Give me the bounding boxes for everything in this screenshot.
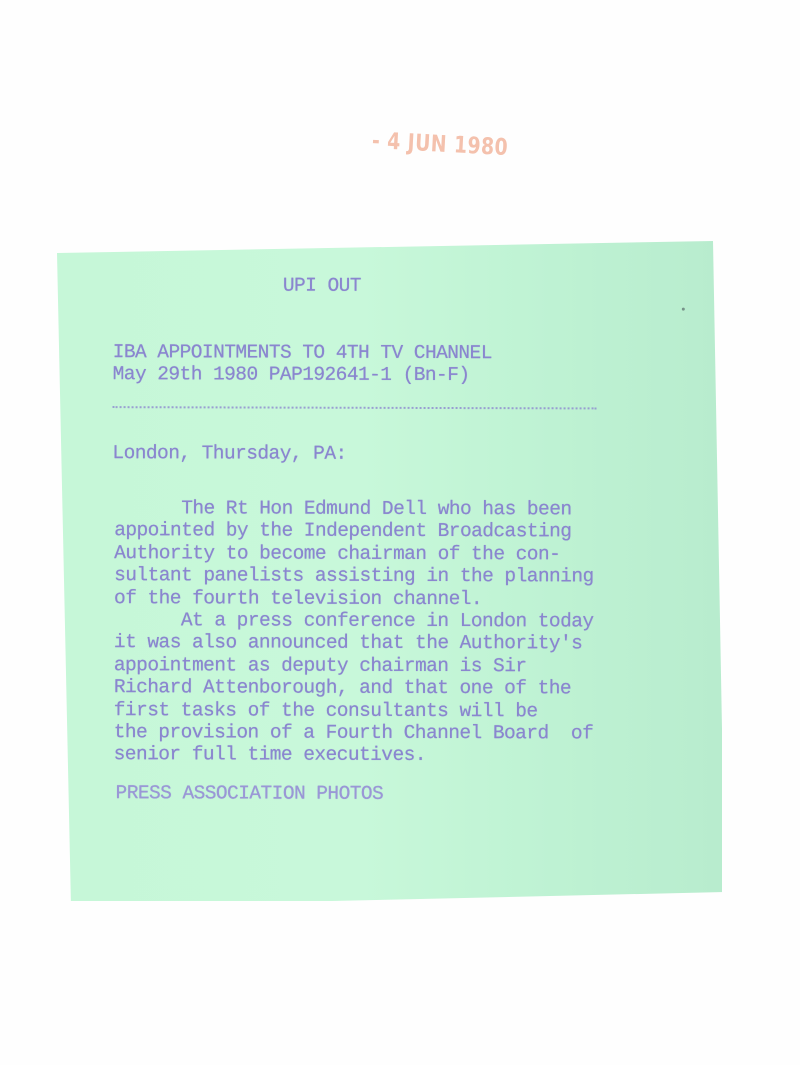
received-date-stamp: - 4 JUN 1980 (371, 128, 508, 161)
body-line: of the fourth television channel. (114, 587, 482, 610)
body-line: Authority to become chairman of the con- (114, 542, 560, 565)
headline-title: IBA APPOINTMENTS TO 4TH TV CHANNEL (113, 341, 492, 364)
body-line: it was also announced that the Authority… (114, 632, 582, 655)
photo-credit: PRESS ASSOCIATION PHOTOS (116, 782, 384, 805)
body-line: first tasks of the consultants will be (114, 699, 538, 722)
dateline: London, Thursday, PA: (112, 442, 346, 465)
body-line: Richard Attenborough, and that one of th… (114, 676, 571, 699)
headline: IBA APPOINTMENTS TO 4TH TV CHANNEL May 2… (113, 341, 492, 387)
caption-body: The Rt Hon Edmund Dell who has been appo… (114, 497, 594, 767)
body-line: the provision of a Fourth Channel Board … (114, 721, 594, 744)
upi-out-header: UPI OUT (283, 275, 361, 298)
caption-slip: UPI OUT IBA APPOINTMENTS TO 4TH TV CHANN… (57, 241, 722, 901)
body-line: appointed by the Independent Broadcastin… (114, 520, 571, 543)
body-line: sultant panelists assisting in the plann… (114, 564, 594, 587)
body-line: At a press conference in London today (114, 609, 594, 632)
body-line: senior full time executives. (114, 744, 426, 767)
body-line: The Rt Hon Edmund Dell who has been (114, 497, 571, 520)
divider-rule (113, 406, 597, 409)
headline-reference: May 29th 1980 PAP192641-1 (Bn-F) (113, 364, 470, 387)
paper-fleck (682, 308, 685, 311)
body-line: appointment as deputy chairman is Sir (114, 654, 527, 677)
